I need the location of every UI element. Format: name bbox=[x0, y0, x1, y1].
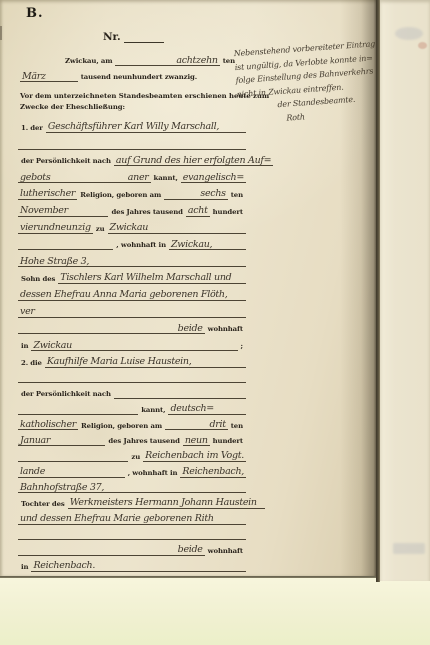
registry-book-scan: B. Nr. Zwickau, am achtzehn ten März tau… bbox=[0, 0, 430, 645]
number-label: Nr. bbox=[100, 32, 124, 43]
handwritten-text: beide bbox=[176, 545, 205, 556]
printed-text: Sohn des bbox=[18, 276, 58, 283]
handwritten-text: Reichenbach, bbox=[180, 467, 246, 478]
form-line bbox=[18, 133, 246, 150]
handwritten-month: März bbox=[20, 72, 48, 83]
date-line-2: März tausend neunhundert zwanzig. bbox=[20, 68, 200, 82]
blank-line bbox=[18, 446, 128, 462]
handwritten-text: Zwickau bbox=[108, 223, 151, 234]
printed-text: wohnhaft bbox=[205, 548, 246, 555]
handwritten-text: acht bbox=[186, 206, 210, 217]
blank-line bbox=[18, 368, 246, 384]
handwritten-text: Hohe Straße 3, bbox=[18, 257, 91, 268]
printed-text: 2. die bbox=[18, 360, 45, 367]
form-line: beidewohnhaft bbox=[18, 318, 246, 335]
form-line: vierundneunzigzuZwickau bbox=[18, 217, 246, 234]
printed-text: Zwickau, am bbox=[62, 58, 115, 65]
blank-line bbox=[124, 29, 164, 43]
book-gutter bbox=[376, 0, 380, 582]
form-line: , wohnhaft inZwickau, bbox=[18, 234, 246, 251]
printed-text: , wohnhaft in bbox=[113, 242, 169, 249]
page-edge-mark bbox=[0, 26, 2, 40]
printed-text: der Persönlichkeit nach bbox=[18, 158, 114, 165]
blank-line bbox=[18, 133, 246, 150]
form-line bbox=[18, 368, 246, 384]
underlying-page bbox=[0, 576, 430, 645]
form-line: 2. dieKaufhilfe Maria Luise Haustein, bbox=[18, 352, 246, 368]
handwritten-text: vierundneunzig bbox=[18, 223, 93, 234]
form-line: Sohn desTischlers Karl Wilhelm Marschall… bbox=[18, 267, 246, 284]
handwritten-text: evangelisch= bbox=[181, 173, 246, 184]
ink-smudge bbox=[418, 42, 427, 49]
form-line: Novemberdes Jahres tausendachthundert bbox=[18, 200, 246, 217]
blank-line bbox=[164, 183, 198, 200]
handwritten-text: neun bbox=[183, 436, 210, 447]
handwritten-text: katholischer bbox=[18, 420, 78, 431]
blank-line bbox=[18, 399, 138, 415]
blank-line bbox=[216, 399, 246, 415]
blank-line bbox=[97, 556, 246, 572]
printed-year: tausend neunhundert zwanzig. bbox=[78, 74, 200, 81]
handwritten-text: Tischlers Karl Wilhelm Marschall und bbox=[58, 273, 233, 284]
blank-line bbox=[193, 352, 246, 368]
blank-line bbox=[18, 318, 176, 335]
blank-line bbox=[114, 383, 246, 399]
form-line: ver bbox=[18, 301, 246, 318]
printed-text: ; bbox=[238, 343, 246, 350]
form-line: Bahnhofstraße 37, bbox=[18, 478, 246, 494]
show-through-text bbox=[393, 543, 425, 554]
printed-text: Religion, geboren am bbox=[78, 423, 165, 430]
intro-paragraph: Vor dem unterzeichneten Standesbeamten e… bbox=[20, 91, 248, 113]
ink-smudge bbox=[395, 27, 423, 40]
printed-text: hundert bbox=[210, 438, 246, 445]
form-series-label: B. bbox=[26, 6, 44, 21]
handwritten-text: sechs bbox=[198, 189, 227, 200]
printed-text: in bbox=[18, 343, 31, 350]
handwritten-text: Zwickau, bbox=[169, 240, 214, 251]
blank-line bbox=[48, 68, 78, 82]
printed-text: kannt, bbox=[138, 407, 168, 414]
record-number-line: Nr. bbox=[100, 29, 164, 43]
form-line: kannt,deutsch= bbox=[18, 399, 246, 415]
handwritten-text: lutherischer bbox=[18, 189, 77, 200]
form-line: und dessen Ehefrau Marie geborenen Rith bbox=[18, 509, 246, 525]
form-line: 1. derGeschäftsführer Karl Willy Marscha… bbox=[18, 116, 246, 133]
handwritten-text: deutsch= bbox=[168, 404, 216, 415]
printed-text: in bbox=[18, 564, 31, 571]
printed-text: ten bbox=[228, 423, 246, 430]
form-line: dessen Ehefrau Anna Maria geborenen Flöt… bbox=[18, 284, 246, 301]
blank-line bbox=[18, 234, 113, 251]
handwritten-text: gebots bbox=[18, 173, 52, 184]
adjacent-page bbox=[380, 0, 430, 581]
handwritten-text: ver bbox=[18, 307, 37, 318]
date-line-1: Zwickau, am achtzehn ten bbox=[62, 52, 238, 66]
handwritten-text: lande bbox=[18, 467, 47, 478]
book-gutter-shadow bbox=[340, 0, 378, 576]
form-line: inReichenbach. bbox=[18, 556, 246, 572]
form-line: gebotsanerkannt,evangelisch= bbox=[18, 166, 246, 183]
groom-section: 1. derGeschäftsführer Karl Willy Marscha… bbox=[18, 116, 246, 351]
handwritten-text: aner bbox=[126, 173, 151, 184]
blank-line bbox=[214, 234, 246, 251]
blank-line bbox=[18, 540, 176, 556]
printed-text: des Jahres tausend bbox=[108, 209, 185, 216]
printed-text: hundert bbox=[210, 209, 246, 216]
printed-text: ten bbox=[228, 192, 246, 199]
form-line: beidewohnhaft bbox=[18, 540, 246, 556]
printed-text: wohnhaft bbox=[205, 326, 246, 333]
form-page: B. Nr. Zwickau, am achtzehn ten März tau… bbox=[0, 0, 378, 576]
printed-text: zu bbox=[128, 454, 143, 461]
handwritten-text: November bbox=[18, 206, 70, 217]
handwritten-text: dessen Ehefrau Anna Maria geborenen Flöt… bbox=[18, 290, 229, 301]
handwritten-text: Reichenbach. bbox=[31, 561, 97, 572]
intro-line: Vor dem unterzeichneten Standesbeamten e… bbox=[20, 91, 248, 102]
blank-line bbox=[150, 217, 246, 234]
bride-section: 2. dieKaufhilfe Maria Luise Haustein,der… bbox=[18, 352, 246, 572]
printed-text: Tochter des bbox=[18, 501, 68, 508]
handwritten-text: Zwickau bbox=[31, 341, 74, 352]
intro-line: Zwecke der Eheschließung: bbox=[20, 102, 248, 113]
printed-text: 1. der bbox=[18, 125, 46, 132]
form-line: lutherischerReligion, geboren amsechsten bbox=[18, 183, 246, 200]
blank-line bbox=[115, 52, 174, 66]
form-line: Tochter desWerkmeisters Hermann Johann H… bbox=[18, 493, 246, 509]
blank-line bbox=[70, 200, 109, 217]
handwritten-text: drit bbox=[207, 420, 227, 431]
form-line: Hohe Straße 3, bbox=[18, 250, 246, 267]
form-line: zuReichenbach im Vogt. bbox=[18, 446, 246, 462]
form-line: inZwickau; bbox=[18, 334, 246, 351]
printed-text: kannt, bbox=[151, 175, 181, 182]
blank-line bbox=[165, 415, 207, 431]
blank-line bbox=[18, 525, 246, 541]
handwritten-text: Kaufhilfe Maria Luise Haustein, bbox=[45, 357, 194, 368]
blank-line bbox=[74, 334, 238, 351]
handwritten-text: Geschäftsführer Karl Willy Marschall, bbox=[46, 122, 221, 133]
blank-line bbox=[259, 493, 265, 509]
printed-text: , wohnhaft in bbox=[125, 470, 181, 477]
printed-text: Religion, geboren am bbox=[77, 192, 164, 199]
form-line: lande, wohnhaft inReichenbach, bbox=[18, 462, 246, 478]
handwritten-text: beide bbox=[176, 324, 205, 335]
blank-line bbox=[216, 509, 246, 525]
handwritten-text: Werkmeisters Hermann Johann Haustein bbox=[68, 498, 259, 509]
blank-line bbox=[229, 284, 246, 301]
printed-text: des Jahres tausend bbox=[105, 438, 182, 445]
blank-line bbox=[52, 430, 105, 446]
printed-text: der Persönlichkeit nach bbox=[18, 391, 114, 398]
form-line: katholischerReligion, geboren amdritten bbox=[18, 415, 246, 431]
blank-line bbox=[91, 250, 246, 267]
form-line: Januardes Jahres tausendneunhundert bbox=[18, 430, 246, 446]
printed-text: zu bbox=[93, 226, 108, 233]
handwritten-text: und dessen Ehefrau Marie geborenen Rith bbox=[18, 514, 216, 525]
blank-line bbox=[37, 301, 246, 318]
form-line: der Persönlichkeit nach bbox=[18, 383, 246, 399]
handwritten-day: achtzehn bbox=[174, 56, 219, 67]
blank-line bbox=[106, 478, 246, 494]
blank-line bbox=[233, 267, 246, 284]
blank-line bbox=[47, 462, 125, 478]
handwritten-text: Reichenbach im Vogt. bbox=[143, 451, 246, 462]
blank-line bbox=[52, 166, 125, 183]
form-line bbox=[18, 525, 246, 541]
handwritten-text: Januar bbox=[18, 436, 52, 447]
form-line: der Persönlichkeit nachauf Grund des hie… bbox=[18, 150, 246, 167]
handwritten-text: auf Grund des hier erfolgten Auf= bbox=[114, 156, 273, 167]
handwritten-text: Bahnhofstraße 37, bbox=[18, 483, 106, 494]
